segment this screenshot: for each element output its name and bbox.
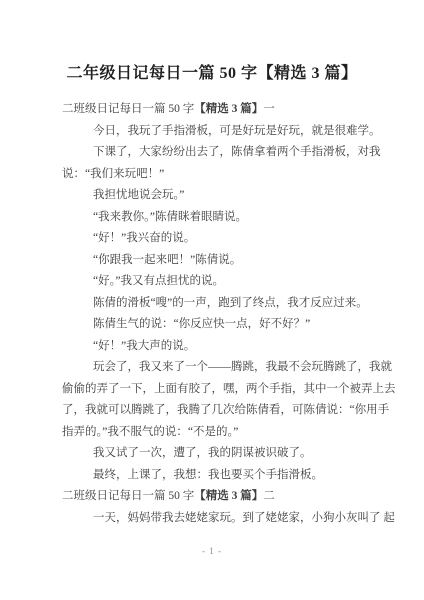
text-line: 最终，上课了，我想：我也要买个手指滑板。 bbox=[62, 465, 377, 487]
text-segment: 今日，我玩了手指滑板，可是好玩是好玩，就是很难学。 bbox=[93, 125, 381, 137]
text-segment: 最终，上课了，我想：我也要买个手指滑板。 bbox=[93, 469, 323, 481]
text-segment: 玩会了，我又来了一个——腾跳，我最不会玩腾跳了，我就 bbox=[93, 361, 392, 373]
text-segment: “你跟我一起来吧！”陈倩说。 bbox=[93, 254, 241, 266]
document-page: 二年级日记每日一篇 50 字【精选 3 篇】 二班级日记每日一篇 50 字【精选… bbox=[0, 0, 424, 600]
page-number: - 1 - bbox=[0, 546, 424, 556]
text-segment: 下课了，大家纷纷出去了，陈倩拿着两个手指滑板，对我 bbox=[93, 146, 381, 158]
text-line: “你跟我一起来吧！”陈倩说。 bbox=[62, 250, 377, 272]
text-segment: “好。”我又有点担忧的说。 bbox=[93, 275, 224, 287]
text-segment: 说：“我们来玩吧！” bbox=[62, 168, 164, 180]
text-line: 玩会了，我又来了一个——腾跳，我最不会玩腾跳了，我就 bbox=[62, 357, 377, 379]
document-body: 二班级日记每日一篇 50 字【精选 3 篇】一今日，我玩了手指滑板，可是好玩是好… bbox=[62, 99, 377, 529]
text-line: 二班级日记每日一篇 50 字【精选 3 篇】一 bbox=[62, 99, 377, 121]
text-segment: 陈倩的滑板“嗖”的一声，跑到了终点，我才反应过来。 bbox=[93, 297, 368, 309]
text-line: “好。”我又有点担忧的说。 bbox=[62, 271, 377, 293]
text-line: “我来教你。”陈倩眯着眼睛说。 bbox=[62, 207, 377, 229]
document-content: 二年级日记每日一篇 50 字【精选 3 篇】 二班级日记每日一篇 50 字【精选… bbox=[0, 0, 424, 556]
bold-text-segment: 【精选 3 篇】 bbox=[194, 490, 263, 502]
text-segment: 二班级日记每日一篇 50 字 bbox=[62, 103, 194, 115]
text-segment: 偷偷的弄了一下，上面有胶了，嘿，两个手指，其中一个被弄上去 bbox=[62, 383, 396, 395]
text-line: 我又试了一次，遭了，我的阴谋被识破了。 bbox=[62, 443, 377, 465]
text-segment: 二 bbox=[263, 490, 275, 502]
text-line: 二班级日记每日一篇 50 字【精选 3 篇】二 bbox=[62, 486, 377, 508]
text-segment: “我来教你。”陈倩眯着眼睛说。 bbox=[93, 211, 247, 223]
text-line: 了，我就可以腾跳了，我腾了几次给陈倩看，可陈倩说：“你用手 bbox=[62, 400, 377, 422]
document-title: 二年级日记每日一篇 50 字【精选 3 篇】 bbox=[0, 64, 424, 84]
text-line: 指弄的。”我不服气的说：“不是的。” bbox=[62, 422, 377, 444]
text-segment: 了，我就可以腾跳了，我腾了几次给陈倩看，可陈倩说：“你用手 bbox=[62, 404, 389, 416]
text-line: 陈倩的滑板“嗖”的一声，跑到了终点，我才反应过来。 bbox=[62, 293, 377, 315]
text-line: 下课了，大家纷纷出去了，陈倩拿着两个手指滑板，对我 bbox=[62, 142, 377, 164]
text-segment: 一天，妈妈带我去姥姥家玩。到了姥姥家，小狗小灰叫了 起 bbox=[93, 512, 395, 524]
text-line: 今日，我玩了手指滑板，可是好玩是好玩，就是很难学。 bbox=[62, 121, 377, 143]
text-segment: 我又试了一次，遭了，我的阴谋被识破了。 bbox=[93, 447, 312, 459]
text-segment: “好！”我兴奋的说。 bbox=[93, 232, 195, 244]
text-segment: 陈倩生气的说：“你反应快一点，好不好？” bbox=[93, 318, 310, 330]
text-segment: 一 bbox=[263, 103, 275, 115]
text-segment: 指弄的。”我不服气的说：“不是的。” bbox=[62, 426, 238, 438]
text-line: 陈倩生气的说：“你反应快一点，好不好？” bbox=[62, 314, 377, 336]
text-line: “好！”我大声的说。 bbox=[62, 336, 377, 358]
bold-text-segment: 【精选 3 篇】 bbox=[194, 103, 263, 115]
text-line: “好！”我兴奋的说。 bbox=[62, 228, 377, 250]
text-line: 一天，妈妈带我去姥姥家玩。到了姥姥家，小狗小灰叫了 起 bbox=[62, 508, 377, 530]
text-segment: 我担忧地说会玩。” bbox=[93, 189, 184, 201]
text-line: 说：“我们来玩吧！” bbox=[62, 164, 377, 186]
text-line: 我担忧地说会玩。” bbox=[62, 185, 377, 207]
text-segment: “好！”我大声的说。 bbox=[93, 340, 195, 352]
text-line: 偷偷的弄了一下，上面有胶了，嘿，两个手指，其中一个被弄上去 bbox=[62, 379, 377, 401]
text-segment: 二班级日记每日一篇 50 字 bbox=[62, 490, 194, 502]
